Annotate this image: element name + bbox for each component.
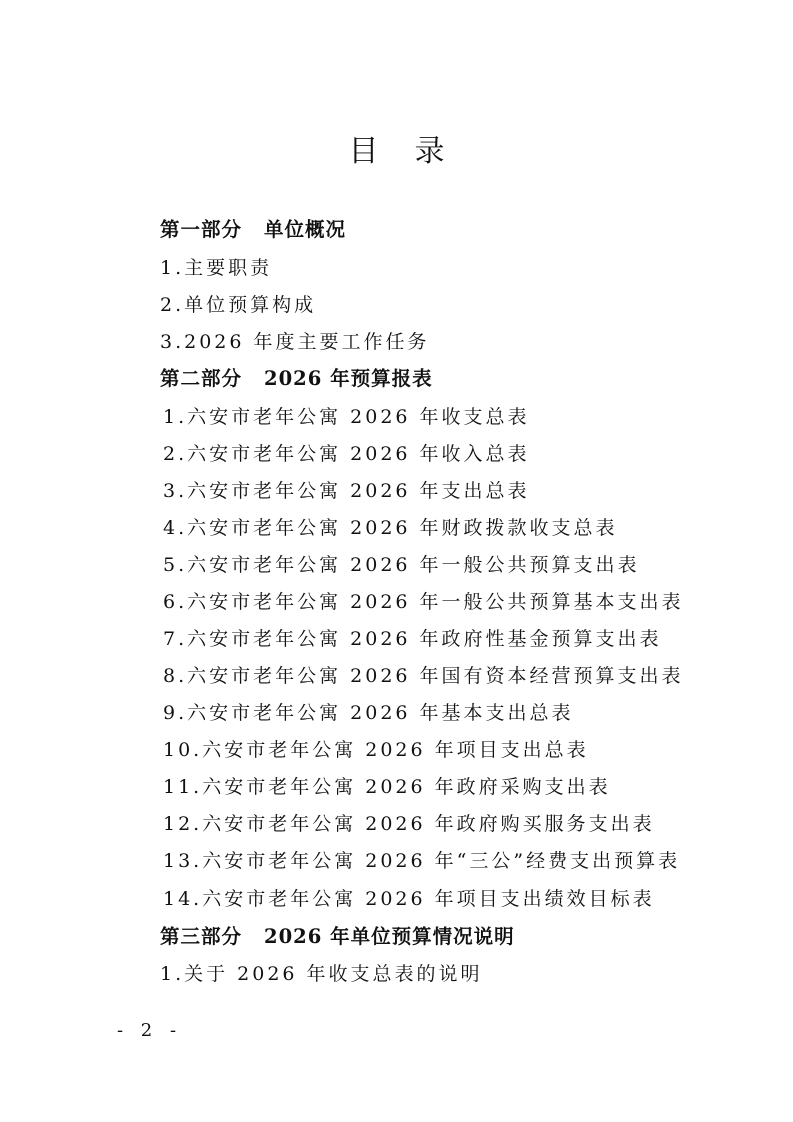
toc-item[interactable]: 9.六安市老年公寓 2026 年基本支出总表 xyxy=(163,701,574,725)
toc-item[interactable]: 8.六安市老年公寓 2026 年国有资本经营预算支出表 xyxy=(163,664,684,688)
toc-item[interactable]: 11.六安市老年公寓 2026 年政府采购支出表 xyxy=(163,775,611,799)
toc-item[interactable]: 1.六安市老年公寓 2026 年收支总表 xyxy=(163,405,530,429)
toc-item[interactable]: 3.2026 年度主要工作任务 xyxy=(160,330,430,354)
toc-item[interactable]: 5.六安市老年公寓 2026 年一般公共预算支出表 xyxy=(163,553,640,577)
part-1-heading[interactable]: 第一部分单位概况 xyxy=(160,218,346,242)
part-label: 第一部分 xyxy=(160,218,242,241)
toc-item[interactable]: 10.六安市老年公寓 2026 年项目支出总表 xyxy=(163,738,589,762)
toc-item[interactable]: 4.六安市老年公寓 2026 年财政拨款收支总表 xyxy=(163,516,618,540)
toc-item[interactable]: 13.六安市老年公寓 2026 年“三公”经费支出预算表 xyxy=(163,849,680,873)
part-title: 单位概况 xyxy=(264,218,346,241)
toc-item[interactable]: 2.六安市老年公寓 2026 年收入总表 xyxy=(163,442,530,466)
title-char-2: 录 xyxy=(415,134,481,169)
part-label: 第二部分 xyxy=(160,367,242,390)
toc-item[interactable]: 14.六安市老年公寓 2026 年项目支出绩效目标表 xyxy=(163,887,655,911)
title-char-1: 目 xyxy=(349,134,415,169)
part-title: 2026 年单位预算情况说明 xyxy=(264,925,515,948)
toc-item[interactable]: 6.六安市老年公寓 2026 年一般公共预算基本支出表 xyxy=(163,590,684,614)
part-label: 第三部分 xyxy=(160,925,242,948)
part-2-heading[interactable]: 第二部分2026 年预算报表 xyxy=(160,367,433,391)
toc-item[interactable]: 2.单位预算构成 xyxy=(160,293,316,317)
toc-item[interactable]: 3.六安市老年公寓 2026 年支出总表 xyxy=(163,479,530,503)
part-3-heading[interactable]: 第三部分2026 年单位预算情况说明 xyxy=(160,925,515,949)
toc-item[interactable]: 7.六安市老年公寓 2026 年政府性基金预算支出表 xyxy=(163,627,662,651)
toc-item[interactable]: 1.关于 2026 年收支总表的说明 xyxy=(160,962,483,986)
toc-item[interactable]: 12.六安市老年公寓 2026 年政府购买服务支出表 xyxy=(163,812,655,836)
toc-item[interactable]: 1.主要职责 xyxy=(160,256,272,280)
page-title: 目录 xyxy=(0,132,793,172)
part-title: 2026 年预算报表 xyxy=(264,367,433,390)
page-number: - 2 - xyxy=(117,1020,182,1041)
